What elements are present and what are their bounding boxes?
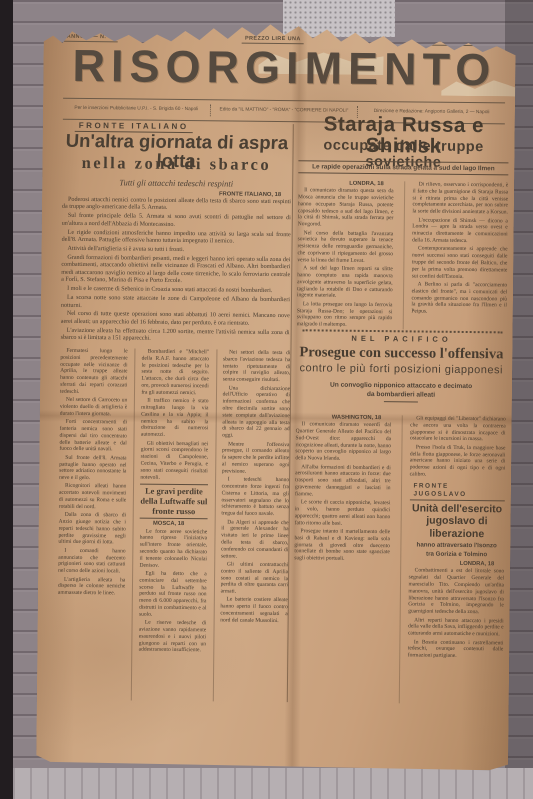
bottom-surface bbox=[13, 768, 533, 799]
newspaper-page: ANNO II — N. 43 PREZZO LIRE UNA Sabato 1… bbox=[36, 18, 516, 771]
paper-stains bbox=[36, 18, 516, 771]
dark-edge-strip bbox=[0, 0, 13, 799]
photo-of-newspaper: ANNO II — N. 43 PREZZO LIRE UNA Sabato 1… bbox=[0, 0, 533, 799]
